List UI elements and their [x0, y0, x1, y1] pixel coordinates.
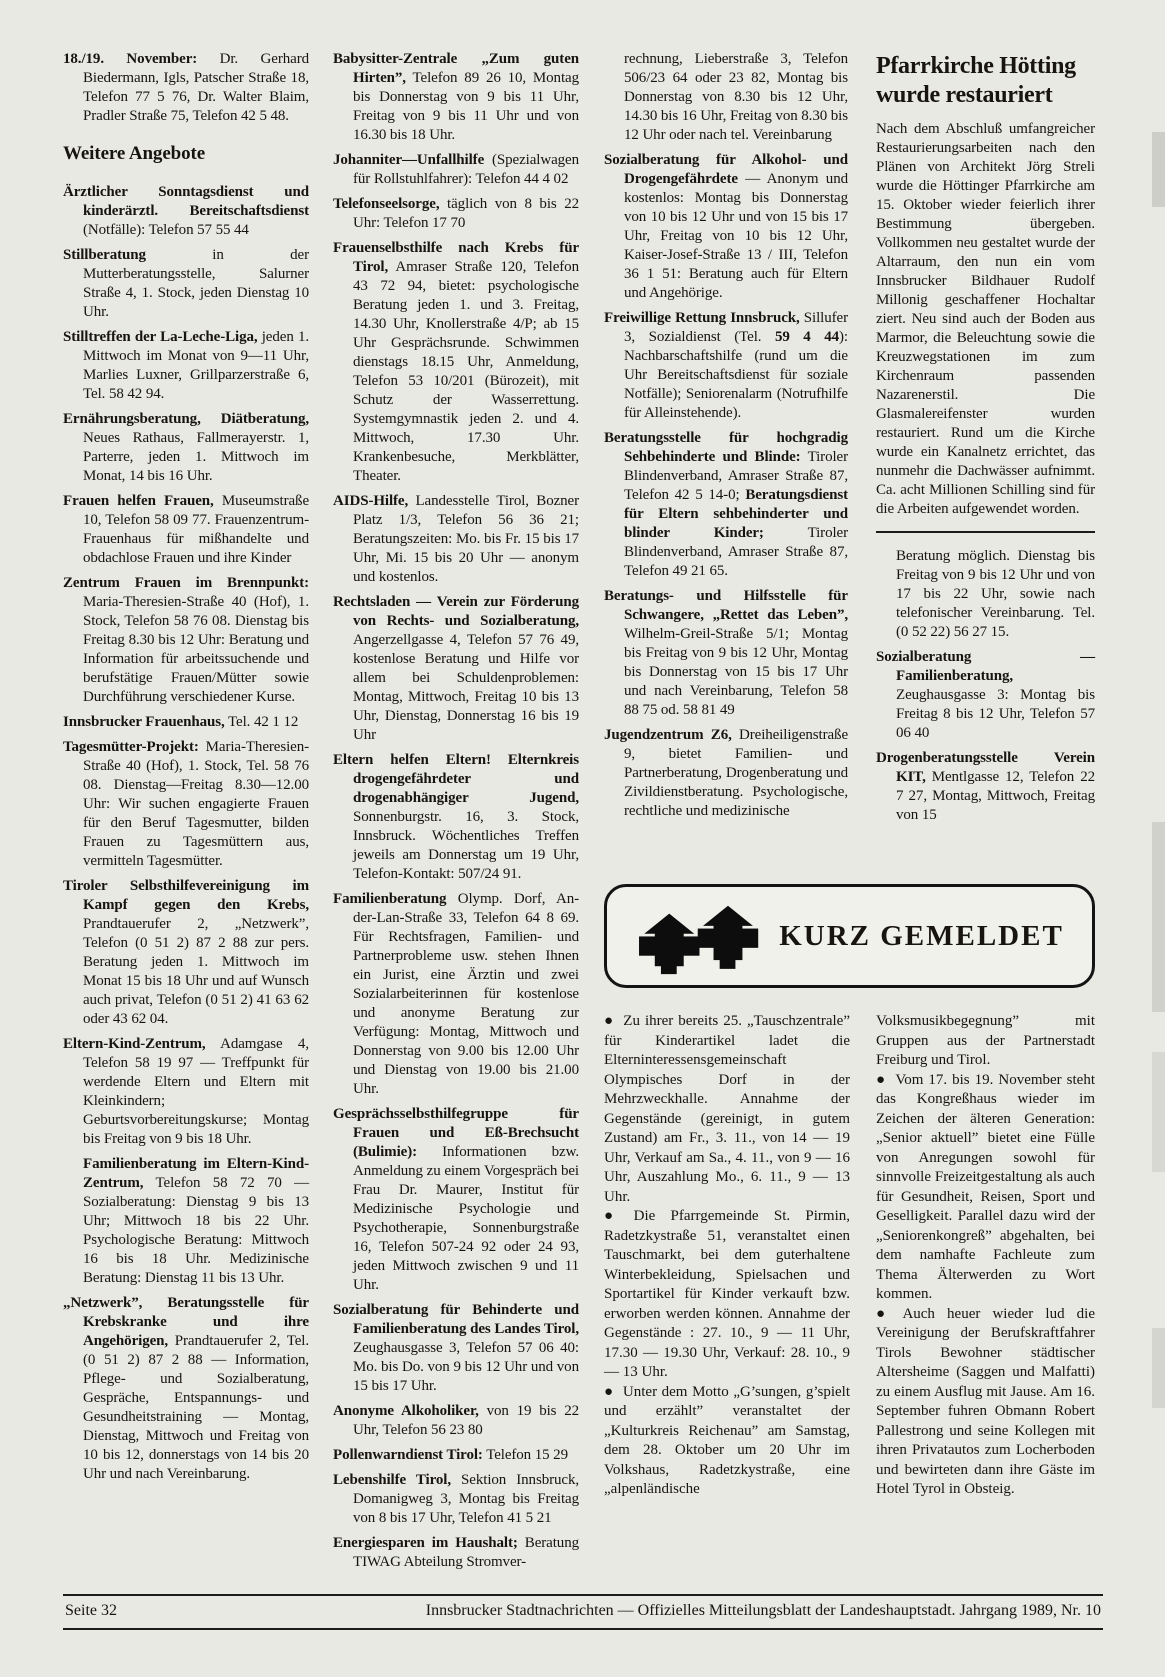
news-item: ●Auch heuer wieder lud die Vereinigung d…	[876, 1305, 1095, 1500]
directory-column-3: rechnung, Lieberstraße 3, Telefon 506/23…	[604, 50, 848, 827]
directory-entry: Frauenselbsthilfe nach Krebs für Tirol, …	[333, 239, 579, 486]
news-column-left: ●Zu ihrer bereits 25. „Tauschzentrale” f…	[604, 1012, 850, 1500]
news-item: ●Vom 17. bis 19. November steht das Kong…	[876, 1071, 1095, 1305]
entry-lead: Jugendzentrum Z6,	[604, 727, 732, 743]
entry-lead: Freiwillige Rettung Innsbruck,	[604, 310, 800, 326]
entry-lead: AIDS-Hilfe,	[333, 493, 408, 509]
directory-entry: Pollenwarndienst Tirol: Telefon 15 29	[333, 1446, 579, 1465]
entry-lead: Sozialberatung für Behinderte und Famili…	[333, 1302, 579, 1337]
entry-text: Adamgase 4, Telefon 58 19 97 — Treffpunk…	[83, 1036, 309, 1147]
news-item: ●Unter dem Motto „G’sungen, g’spielt und…	[604, 1383, 850, 1500]
entry-text: rechnung, Lieberstraße 3, Telefon 506/23…	[624, 51, 848, 143]
directory-entry: Sozialberatung für Alkohol- und Drogenge…	[604, 151, 848, 303]
directory-entry: Tiroler Selbsthilfevereinigung im Kampf …	[63, 877, 309, 1029]
directory-entry: Frauen helfen Frauen, Museumstraße 10, T…	[63, 492, 309, 568]
directory-entry: Ernährungsberatung, Diätberatung, Neues …	[63, 410, 309, 486]
newspaper-page: 18./19. November: Dr. Gerhard Biedermann…	[0, 0, 1165, 1677]
directory-entry: Rechtsladen — Verein zur Förderung von R…	[333, 593, 579, 745]
directory-entry: Jugendzentrum Z6, Dreiheiligenstraße 9, …	[604, 726, 848, 821]
news-text: Unter dem Motto „G’sungen, g’spielt und …	[604, 1384, 850, 1498]
scan-artifact	[1152, 1052, 1165, 1172]
entry-text: Mentlgasse 12, Telefon 22 7 27, Montag, …	[896, 769, 1095, 823]
directory-entry: Beratungsstelle für hochgradig Sehbehind…	[604, 429, 848, 581]
news-text: Volksmusikbegegnung” mit Gruppen aus der…	[876, 1013, 1095, 1068]
scan-artifact	[1152, 822, 1165, 1012]
entry-lead: Frauen helfen Frauen,	[63, 493, 214, 509]
entry-lead: Stillberatung	[63, 247, 146, 263]
entry-lead: Lebenshilfe Tirol,	[333, 1472, 451, 1488]
entry-lead: Beratungs- und Hilfsstelle für Schwanger…	[604, 588, 848, 623]
entry-text: Sonnenburgstr. 16, 3. Stock, Innsbruck. …	[353, 809, 579, 882]
directory-entry: Babysitter-Zentrale „Zum guten Hirten”, …	[333, 50, 579, 145]
bullet-icon: ●	[604, 1208, 625, 1224]
entry-text: (Notfälle): Telefon 57 55 44	[83, 222, 249, 238]
news-text: Vom 17. bis 19. November steht das Kongr…	[876, 1072, 1095, 1303]
directory-entry: Sozialberatung für Behinderte und Famili…	[333, 1301, 579, 1396]
footer-rule-bottom	[63, 1628, 1103, 1630]
scan-artifact	[1152, 1328, 1165, 1408]
directory-entry: Drogenberatungsstelle Verein KIT, Mentlg…	[876, 749, 1095, 825]
directory-column-1: 18./19. November: Dr. Gerhard Biedermann…	[63, 50, 309, 1490]
directory-entry: Zentrum Frauen im Brennpunkt: Maria-Ther…	[63, 574, 309, 707]
entry-text: Telefon 15 29	[483, 1447, 568, 1463]
news-text: Die Pfarrgemeinde St. Pirmin, Radetzkyst…	[604, 1208, 850, 1380]
directory-entry: Ärztlicher Sonntagsdienst und kinderärzt…	[63, 183, 309, 240]
twin-houses-logo-icon	[637, 897, 769, 975]
directory-entry: „Netzwerk”, Beratungsstelle für Krebskra…	[63, 1294, 309, 1484]
entry-lead: Ernährungsberatung, Diätberatung,	[63, 411, 309, 427]
entry-text: Maria-Theresien-Straße 40 (Hof), 1. Stoc…	[83, 739, 309, 869]
entry-lead: Tiroler Selbsthilfevereinigung im Kampf …	[63, 878, 309, 913]
entry-text: Telefon 58 72 70 — Sozialberatung: Diens…	[83, 1175, 309, 1286]
directory-entry: Telefonseelsorge, täglich von 8 bis 22 U…	[333, 195, 579, 233]
directory-entry: Eltern-Kind-Zentrum, Adamgase 4, Telefon…	[63, 1035, 309, 1149]
directory-entry: Energiesparen im Haushalt; Beratung TIWA…	[333, 1534, 579, 1572]
directory-entry: Stilltreffen der La-Leche-Liga, jeden 1.…	[63, 328, 309, 404]
news-item: Volksmusikbegegnung” mit Gruppen aus der…	[876, 1012, 1095, 1071]
entry-text: Zeughausgasse 3, Telefon 57 06 40: Mo. b…	[353, 1340, 579, 1394]
directory-entry: Beratungs- und Hilfsstelle für Schwanger…	[604, 587, 848, 720]
kurz-gemeldet-title: KURZ GEMELDET	[769, 920, 1074, 953]
scan-artifact	[1152, 132, 1165, 207]
entry-text: Zeughausgasse 3: Montag bis Freitag 8 bi…	[896, 687, 1095, 741]
news-item: ●Die Pfarrgemeinde St. Pirmin, Radetzkys…	[604, 1207, 850, 1383]
entry-lead: Eltern helfen Eltern! Elternkreis drogen…	[333, 752, 579, 806]
entry-text: Maria-Theresien-Straße 40 (Hof), 1. Stoc…	[83, 594, 309, 705]
directory-entry: Stillberatung in der Mutterberatungsstel…	[63, 246, 309, 322]
entry-text: Wilhelm-Greil-Straße 5/1; Montag bis Fre…	[624, 626, 848, 718]
article-divider	[876, 531, 1095, 533]
page-number: Seite 32	[65, 1602, 117, 1620]
directory-entry: Innsbrucker Frauenhaus, Tel. 42 1 12	[63, 713, 309, 732]
directory-entry: Tagesmütter-Projekt: Maria-Theresien-Str…	[63, 738, 309, 871]
entry-lead: Zentrum Frauen im Brennpunkt:	[63, 575, 309, 591]
entry-text: Informationen bzw. Anmeldung zu einem Vo…	[353, 1144, 579, 1293]
directory-entry: Johanniter—Unfallhilfe (Spezialwagen für…	[333, 151, 579, 189]
masthead-line: Innsbrucker Stadtnachrichten — Offiziell…	[426, 1602, 1101, 1620]
entry-lead-2: 59 4 44	[775, 329, 839, 345]
entry-text: Olymp. Dorf, An-der-Lan-Straße 33, Telef…	[353, 891, 579, 1097]
entry-text: Prandtauerufer 2, „Netzwerk”, Telefon (0…	[83, 916, 309, 1027]
entry-lead: Stilltreffen der La-Leche-Liga,	[63, 329, 258, 345]
entry-lead: Eltern-Kind-Zentrum,	[63, 1036, 206, 1052]
bullet-icon: ●	[876, 1306, 893, 1322]
directory-entry: Anonyme Alkoholiker, von 19 bis 22 Uhr, …	[333, 1402, 579, 1440]
entry-lead: Sozialberatung — Familienberatung,	[876, 649, 1095, 684]
article-column: Pfarrkirche Hötting wurde restauriert Na…	[876, 50, 1095, 831]
entry-lead: Johanniter—Unfallhilfe	[333, 152, 484, 168]
bullet-icon: ●	[876, 1072, 886, 1088]
directory-entry: Familienberatung im Eltern-Kind-Zentrum,…	[63, 1155, 309, 1288]
directory-entry: rechnung, Lieberstraße 3, Telefon 506/23…	[604, 50, 848, 145]
article-title: Pfarrkirche Hötting wurde restauriert	[876, 52, 1095, 110]
entry-text: Tel. 42 1 12	[225, 714, 299, 730]
directory-entry: AIDS-Hilfe, Landesstelle Tirol, Bozner P…	[333, 492, 579, 587]
entry-text: — Anonym und kostenlos: Montag bis Donne…	[624, 171, 848, 301]
directory-entry: 18./19. November: Dr. Gerhard Biedermann…	[63, 50, 309, 126]
entry-lead: Rechtsladen — Verein zur Förderung von R…	[333, 594, 579, 629]
news-text: Zu ihrer bereits 25. „Tauschzentrale” fü…	[604, 1013, 850, 1205]
entry-text: Prandtauerufer 2, Tel. (0 51 2) 87 2 88 …	[83, 1333, 309, 1482]
news-column-right: Volksmusikbegegnung” mit Gruppen aus der…	[876, 1012, 1095, 1500]
directory-entry: Beratung möglich. Dienstag bis Freitag v…	[876, 547, 1095, 642]
entry-lead: Anonyme Alkoholiker,	[333, 1403, 479, 1419]
section-heading: Weitere Angebote	[63, 144, 309, 163]
entry-lead: Telefonseelsorge,	[333, 196, 439, 212]
directory-entry: Freiwillige Rettung Innsbruck, Sillufer …	[604, 309, 848, 423]
entry-lead: Innsbrucker Frauenhaus,	[63, 714, 225, 730]
article-body: Nach dem Abschluß umfangreicher Restauri…	[876, 120, 1095, 519]
news-item: ●Zu ihrer bereits 25. „Tauschzentrale” f…	[604, 1012, 850, 1207]
footer-row: Seite 32 Innsbrucker Stadtnachrichten — …	[63, 1596, 1103, 1628]
page-footer: Seite 32 Innsbrucker Stadtnachrichten — …	[63, 1594, 1103, 1630]
kurz-gemeldet-banner: KURZ GEMELDET	[604, 884, 1095, 988]
entry-text: Amraser Straße 120, Telefon 43 72 94, bi…	[353, 259, 579, 484]
entry-lead: Pollenwarndienst Tirol:	[333, 1447, 483, 1463]
bullet-icon: ●	[604, 1013, 614, 1029]
directory-entry: Eltern helfen Eltern! Elternkreis drogen…	[333, 751, 579, 884]
entry-text: Angerzellgasse 4, Telefon 57 76 49, kost…	[353, 632, 579, 743]
entry-lead: Energiesparen im Haushalt;	[333, 1535, 518, 1551]
directory-entry: Familienberatung Olymp. Dorf, An-der-Lan…	[333, 890, 579, 1099]
entry-lead: Ärztlicher Sonntagsdienst und kinderärzt…	[63, 184, 309, 219]
directory-entry: Gesprächsselbsthilfegruppe für Frauen un…	[333, 1105, 579, 1295]
news-text: Auch heuer wieder lud die Vereinigung de…	[876, 1306, 1095, 1498]
directory-entry: Sozialberatung — Familienberatung, Zeugh…	[876, 648, 1095, 743]
entry-text: Beratung möglich. Dienstag bis Freitag v…	[896, 548, 1095, 640]
entry-lead: Tagesmütter-Projekt:	[63, 739, 199, 755]
entry-text: Neues Rathaus, Fallmerayerstr. 1, Parter…	[83, 430, 309, 484]
entry-lead: 18./19. November:	[63, 51, 197, 67]
bullet-icon: ●	[604, 1384, 614, 1400]
directory-entry: Lebenshilfe Tirol, Sektion Innsbruck, Do…	[333, 1471, 579, 1528]
directory-column-2: Babysitter-Zentrale „Zum guten Hirten”, …	[333, 50, 579, 1578]
entry-lead: Familienberatung	[333, 891, 446, 907]
